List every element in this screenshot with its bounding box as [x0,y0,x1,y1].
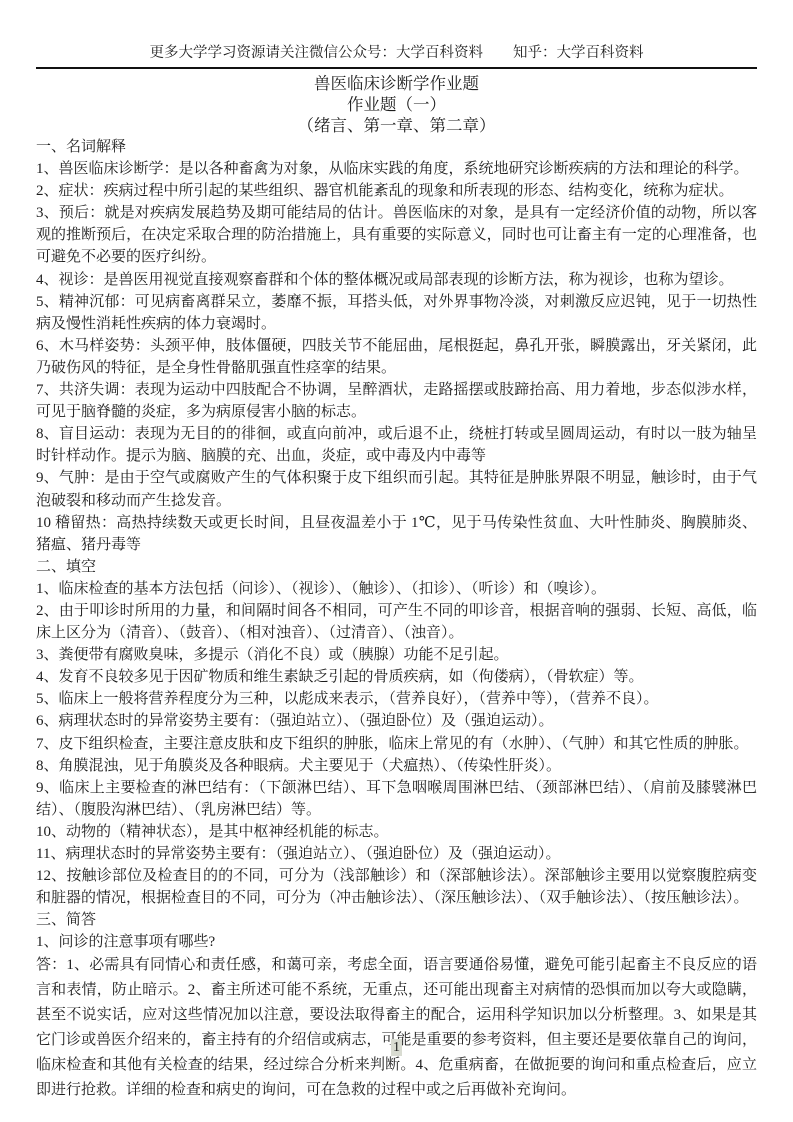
term-item-1: 1、兽医临床诊断学：是以各种畜禽为对象，从临床实践的角度，系统地研究诊断疾病的方… [36,158,757,180]
blank-item-4: 4、发育不良较多见于因矿物质和维生素缺乏引起的骨质疾病，如（佝偻病），（骨软症）… [36,666,757,688]
short-answer-question-1: 1、问诊的注意事项有哪些? [36,931,757,953]
blank-item-12: 12、按触诊部位及检查目的的不同，可分为（浅部触诊）和（深部触诊法）。深部触诊主… [36,865,757,909]
header-promo-text: 更多大学学习资源请关注微信公众号：大学百科资料 [150,45,484,61]
doc-subtitle: 作业题（一） [36,94,757,115]
section-heading-fill-blanks: 二、填空 [36,556,757,578]
doc-title: 兽医临床诊断学作业题 [36,73,757,94]
blank-item-2: 2、由于叩诊时所用的力量，和间隔时间各不相同，可产生不同的叩诊音，根据音响的强弱… [36,600,757,644]
section-heading-short-answer: 三、简答 [36,909,757,931]
blank-item-6: 6、病理状态时的异常姿势主要有：（强迫站立）、（强迫卧位）及（强迫运动）。 [36,710,757,732]
document-body: 一、名词解释 1、兽医临床诊断学：是以各种畜禽为对象，从临床实践的角度，系统地研… [36,136,757,1103]
page-number: 1 [391,1039,402,1056]
term-item-2: 2、症状：疾病过程中所引起的某些组织、器官机能紊乱的现象和所表现的形态、结构变化… [36,180,757,202]
blank-item-3: 3、粪便带有腐败臭味，多提示（消化不良）或（胰腺）功能不足引起。 [36,644,757,666]
term-item-4: 4、视诊：是兽医用视觉直接观察畜群和个体的整体概况或局部表现的诊断方法，称为视诊… [36,269,757,291]
doc-chapter-scope: （绪言、第一章、第二章） [36,115,757,136]
term-item-5: 5、精神沉郁：可见病畜离群呆立，萎靡不振，耳搭头低，对外界事物冷淡，对刺激反应迟… [36,291,757,335]
blank-item-11: 11、病理状态时的异常姿势主要有：（强迫站立）、（强迫卧位）及（强迫运动）。 [36,843,757,865]
term-item-7: 7、共济失调：表现为运动中四肢配合不协调，呈醉酒状，走路摇摆或肢蹄抬高、用力着地… [36,379,757,423]
term-item-9: 9、气肿：是由于空气或腐败产生的气体积聚于皮下组织而引起。其特征是肿胀界限不明显… [36,467,757,511]
term-item-3: 3、预后：就是对疾病发展趋势及期可能结局的估计。兽医临床的对象，是具有一定经济价… [36,202,757,268]
section-heading-terms: 一、名词解释 [36,136,757,158]
page-header: 更多大学学习资源请关注微信公众号：大学百科资料知乎：大学百科资料 [36,44,757,63]
short-answer-answer-1: 答：1、必需具有同情心和责任感，和蔼可亲，考虑全面，语言要通俗易懂，避免可能引起… [36,953,757,1103]
blank-item-9: 9、临床上主要检查的淋巴结有：（下颌淋巴结）、耳下急咽喉周围淋巴结、（颈部淋巴结… [36,777,757,821]
blank-item-7: 7、皮下组织检查，主要注意皮肤和皮下组织的肿胀，临床上常见的有（水肿）、（气肿）… [36,733,757,755]
blank-item-8: 8、角膜混浊，见于角膜炎及各种眼病。犬主要见于（犬瘟热）、（传染性肝炎）。 [36,755,757,777]
term-item-6: 6、木马样姿势：头颈平伸，肢体僵硬，四肢关节不能屈曲，尾根挺起，鼻孔开张，瞬膜露… [36,335,757,379]
document-page: 更多大学学习资源请关注微信公众号：大学百科资料知乎：大学百科资料 兽医临床诊断学… [0,0,793,1122]
term-item-10: 10 稽留热：高热持续数天或更长时间，且昼夜温差小于 1℃，见于马传染性贫血、大… [36,512,757,556]
header-zhihu-text: 知乎：大学百科资料 [513,45,644,61]
page-footer: 1 [0,1038,793,1056]
blank-item-1: 1、临床检查的基本方法包括（问诊）、（视诊）、（触诊）、（扣诊）、（听诊）和（嗅… [36,578,757,600]
blank-item-5: 5、临床上一般将营养程度分为三种，以彪成来表示，（营养良好），（营养中等），（营… [36,688,757,710]
header-divider-line [36,67,757,69]
term-item-8: 8、盲目运动：表现为无目的的徘徊，或直向前冲，或后退不止，绕桩打转或呈圆周运动，… [36,423,757,467]
blank-item-10: 10、动物的（精神状态），是其中枢神经机能的标志。 [36,821,757,843]
